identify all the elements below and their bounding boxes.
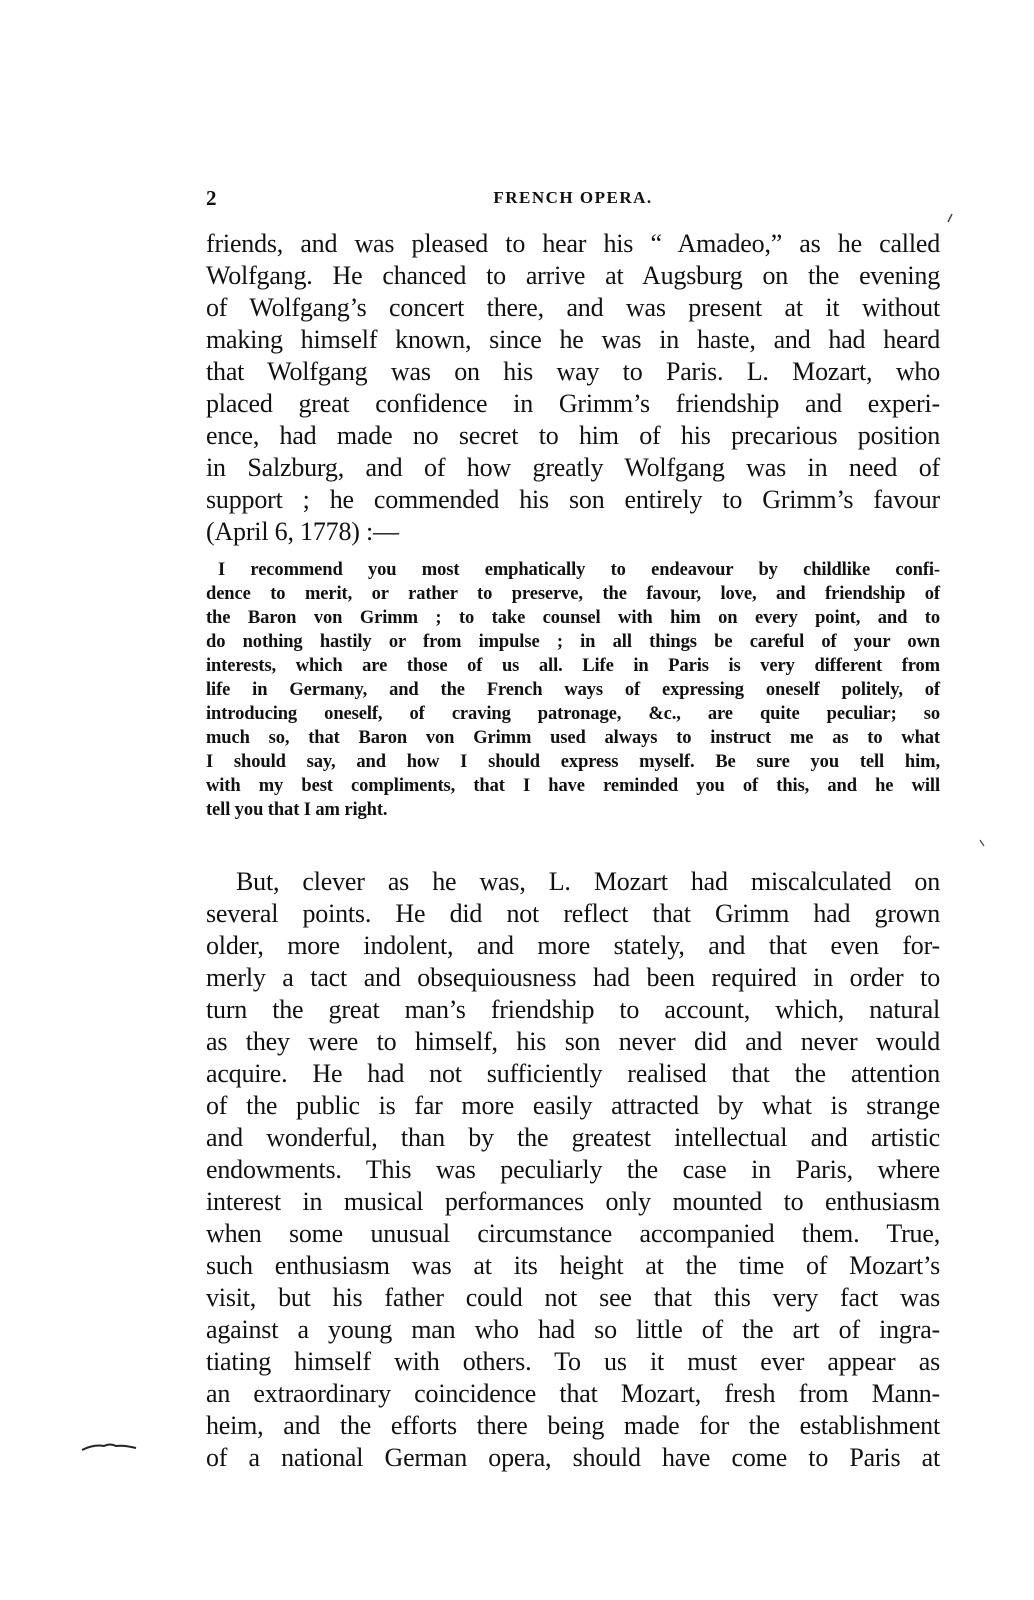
- text-line: and wonderful, than by the greatest inte…: [206, 1122, 940, 1154]
- text-line: ence, had made no secret to him of his p…: [206, 420, 940, 452]
- running-head: 2 FRENCH OPERA.: [206, 186, 940, 216]
- text-line: tiating himself with others. To us it mu…: [206, 1346, 940, 1378]
- text-line: in Salzburg, and of how greatly Wolfgang…: [206, 452, 940, 484]
- text-line: such enthusiasm was at its height at the…: [206, 1250, 940, 1282]
- text-line: But, clever as he was, L. Mozart had mis…: [206, 866, 940, 898]
- text-line: older, more indolent, and more stately, …: [206, 930, 940, 962]
- scan-speck-icon: [945, 212, 955, 224]
- scan-speck-icon: [978, 838, 988, 848]
- text-line: acquire. He had not sufficiently realise…: [206, 1058, 940, 1090]
- text-line: an extraordinary coincidence that Mozart…: [206, 1378, 940, 1410]
- quote-line: introducing oneself, of craving patronag…: [206, 702, 940, 726]
- quote-line: life in Germany, and the French ways of …: [206, 678, 940, 702]
- quote-line: tell you that I am right.: [206, 798, 940, 822]
- quote-line: with my best compliments, that I have re…: [206, 774, 940, 798]
- book-page: 2 FRENCH OPERA. friends, and was pleased…: [0, 0, 1034, 1600]
- text-line: when some unusual circumstance accompani…: [206, 1218, 940, 1250]
- text-line: visit, but his father could not see that…: [206, 1282, 940, 1314]
- text-line: of the public is far more easily attract…: [206, 1090, 940, 1122]
- text-line: making himself known, since he was in ha…: [206, 324, 940, 356]
- text-line: of a national German opera, should have …: [206, 1442, 940, 1474]
- text-line: that Wolfgang was on his way to Paris. L…: [206, 356, 940, 388]
- text-line: turn the great man’s friendship to accou…: [206, 994, 940, 1026]
- quote-line: do nothing hastily or from impulse ; in …: [206, 630, 940, 654]
- text-line: friends, and was pleased to hear his “ A…: [206, 228, 940, 260]
- text-line: against a young man who had so little of…: [206, 1314, 940, 1346]
- text-line: support ; he commended his son entirely …: [206, 484, 940, 516]
- text-line: Wolfgang. He chanced to arrive at Augsbu…: [206, 260, 940, 292]
- quote-line: I recommend you most emphatically to end…: [206, 558, 940, 582]
- text-line: interest in musical performances only mo…: [206, 1186, 940, 1218]
- text-line: endowments. This was peculiarly the case…: [206, 1154, 940, 1186]
- text-line: placed great confidence in Grimm’s frien…: [206, 388, 940, 420]
- text-line: (April 6, 1778) :—: [206, 516, 940, 548]
- scan-smudge-icon: [80, 1440, 140, 1454]
- text-line: merly a tact and obsequiousness had been…: [206, 962, 940, 994]
- text-line: of Wolfgang’s concert there, and was pre…: [206, 292, 940, 324]
- text-line: heim, and the efforts there being made f…: [206, 1410, 940, 1442]
- running-head-title: FRENCH OPERA.: [206, 188, 940, 208]
- text-line: as they were to himself, his son never d…: [206, 1026, 940, 1058]
- quote-line: interests, which are those of us all. Li…: [206, 654, 940, 678]
- quote-line: dence to merit, or rather to preserve, t…: [206, 582, 940, 606]
- text-line: several points. He did not reflect that …: [206, 898, 940, 930]
- quote-line: much so, that Baron von Grimm used alway…: [206, 726, 940, 750]
- quote-line: the Baron von Grimm ; to take counsel wi…: [206, 606, 940, 630]
- quote-line: I should say, and how I should express m…: [206, 750, 940, 774]
